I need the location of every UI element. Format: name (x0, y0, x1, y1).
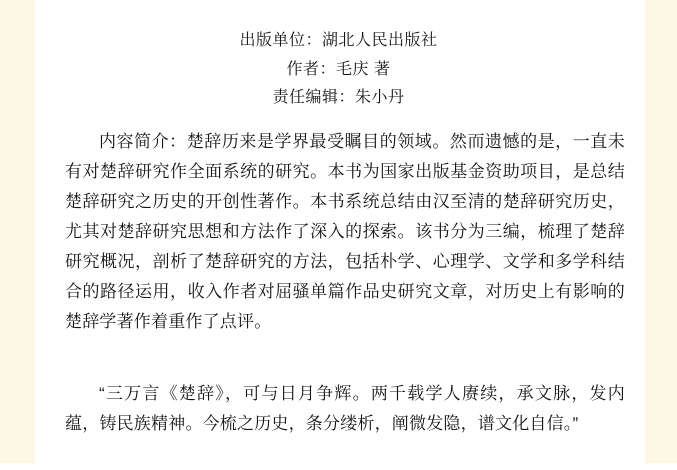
publisher-line: 出版单位：湖北人民出版社 (0, 27, 677, 56)
book-info-section: 出版单位：湖北人民出版社 作者：毛庆 著 责任编辑：朱小丹 (0, 0, 677, 113)
author-line: 作者：毛庆 著 (0, 56, 677, 85)
intro-line: 楚辞研究之历史的开创性著作。本书系统总结由汉至清的楚辞研究历史， (65, 187, 625, 217)
editor-line: 责任编辑：朱小丹 (0, 84, 677, 113)
page-background: { "page": { "background_color": "#ffffff… (0, 0, 677, 470)
intro-line: 尤其对楚辞研究思想和方法作了深入的探索。该书分为三编，梳理了楚辞 (65, 217, 625, 247)
intro-line: 内容简介：楚辞历来是学界最受瞩目的领域。然而遗憾的是，一直未 (65, 127, 625, 157)
quote-line: “三万言《楚辞》，可与日月争辉。两千载学人赓续，承文脉，发内 (65, 379, 625, 409)
quote-paragraph: “三万言《楚辞》，可与日月争辉。两千载学人赓续，承文脉，发内 蕴，铸民族精神。今… (65, 379, 625, 439)
quote-line: 蕴，铸民族精神。今梳之历史，条分缕析，阐微发隐，谱文化自信。” (65, 409, 625, 439)
article-content: 出版单位：湖北人民出版社 作者：毛庆 著 责任编辑：朱小丹 内容简介：楚辞历来是… (0, 0, 677, 470)
intro-line: 有对楚辞研究作全面系统的研究。本书为国家出版基金资助项目，是总结 (65, 157, 625, 187)
intro-line: 研究概况，剖析了楚辞研究的方法，包括朴学、心理学、文学和多学科结 (65, 247, 625, 277)
introduction-paragraph: 内容简介：楚辞历来是学界最受瞩目的领域。然而遗憾的是，一直未 有对楚辞研究作全面… (65, 127, 625, 337)
intro-line: 合的路径运用，收入作者对屈骚单篇作品史研究文章，对历史上有影响的 (65, 277, 625, 307)
intro-line: 楚辞学著作着重作了点评。 (65, 307, 625, 337)
